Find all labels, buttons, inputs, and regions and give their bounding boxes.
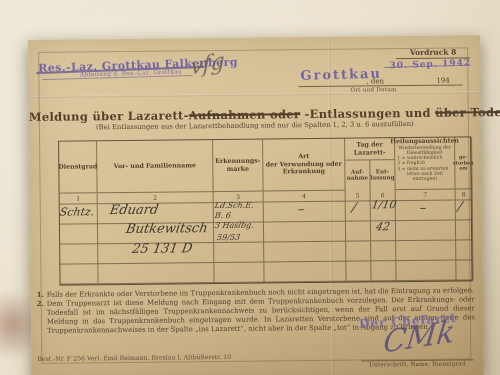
header-tag-der-lazarett-group: Tag der Lazarett- Auf- nahme Ent- lassun… [345, 138, 396, 191]
table-body-cell [456, 260, 473, 280]
footnote-1-number: 1. [37, 291, 47, 300]
table-body-cell [60, 224, 98, 244]
header-heilungsaussichten: Heilungsaussichten Wiederherstellung der… [395, 138, 456, 191]
table-body-cell [371, 241, 396, 261]
entry-dienstgrad: Schtz. [59, 205, 96, 218]
header-verwundung: Art der Verwundung oder Erkrankung [263, 139, 346, 192]
entry-discharge-year: 42 [375, 220, 391, 233]
table-body-cell [396, 261, 456, 282]
entry-marke-line1: Ld.Sch.E. [214, 201, 255, 210]
table-body-cell [396, 221, 456, 242]
table-body-cell [98, 263, 214, 284]
table-body-cell [214, 243, 264, 264]
header-aufnahme: Auf- nahme [345, 160, 370, 190]
table-body-cell [264, 222, 346, 243]
table-body-cell [264, 242, 346, 263]
header-name: Vor- und Familienname [97, 140, 214, 193]
title-struck-segment: über Todesfälle [435, 105, 500, 120]
table-body-cell [371, 261, 396, 281]
header-gestorben: ge- storben am [455, 137, 473, 189]
date-caption: Ort und Datum [351, 87, 397, 93]
entry-marke-line4: 59/53 [216, 233, 241, 242]
printed-year: 194 [436, 77, 449, 85]
heilung-option-4: (etwa nach Zeit eintragen) [395, 171, 454, 182]
entry-marke-line3: 3 Haslbg. [214, 221, 254, 230]
heilung-subtitle: Wiederherstellung der Dienstfähigkeit [398, 146, 451, 157]
title-part2: -Entlassungen und [300, 106, 435, 121]
column-number-1: 1 [60, 193, 98, 204]
footnote-2-number: 2. [37, 300, 47, 337]
column-number-7: 7 [396, 190, 456, 202]
table-body-cell [456, 220, 473, 240]
table-body-cell [396, 241, 456, 262]
table-body-cell [264, 262, 346, 283]
den-label: , den [366, 77, 384, 85]
entry-marke-line2: B. 6 [214, 211, 232, 220]
table-body-cell [346, 241, 371, 261]
table-body-cell [456, 240, 473, 260]
entry-id-number: 25 131 D [131, 241, 194, 257]
column-number-4: 4 [264, 191, 346, 203]
header-tag-der-lazarett: Tag der Lazarett- [345, 138, 395, 161]
photo-background: Res.-Laz. Grottkau Falkenberg Abteilung … [0, 0, 500, 375]
table-body-cell [346, 221, 371, 241]
table-body-cell [60, 264, 98, 284]
entry-last-name: Butkewitsch [125, 221, 209, 237]
entry-first-name: Eduard [109, 203, 160, 219]
entry-discharge-day: 1/10 [371, 198, 398, 211]
table-body-cell [346, 201, 371, 221]
table-body-cell [214, 263, 264, 284]
header-erkennungsmarke: Erkennungs- marke [213, 140, 264, 193]
table-body-cell [60, 244, 98, 264]
header-entlassung: Ent- lassung [370, 160, 395, 190]
title-struck-segment: Aufnahmen oder [189, 107, 301, 122]
form-number: Vordruck 8 [396, 47, 470, 59]
header-dienstgrad: Dienstgrad [59, 141, 98, 193]
document-paper: Res.-Laz. Grottkau Falkenberg Abteilung … [28, 35, 484, 375]
column-number-5: 5 [346, 190, 371, 201]
table-body-cell [346, 261, 371, 281]
signature-caption: Unterschrift, Name, Dienstgrad [361, 361, 473, 368]
